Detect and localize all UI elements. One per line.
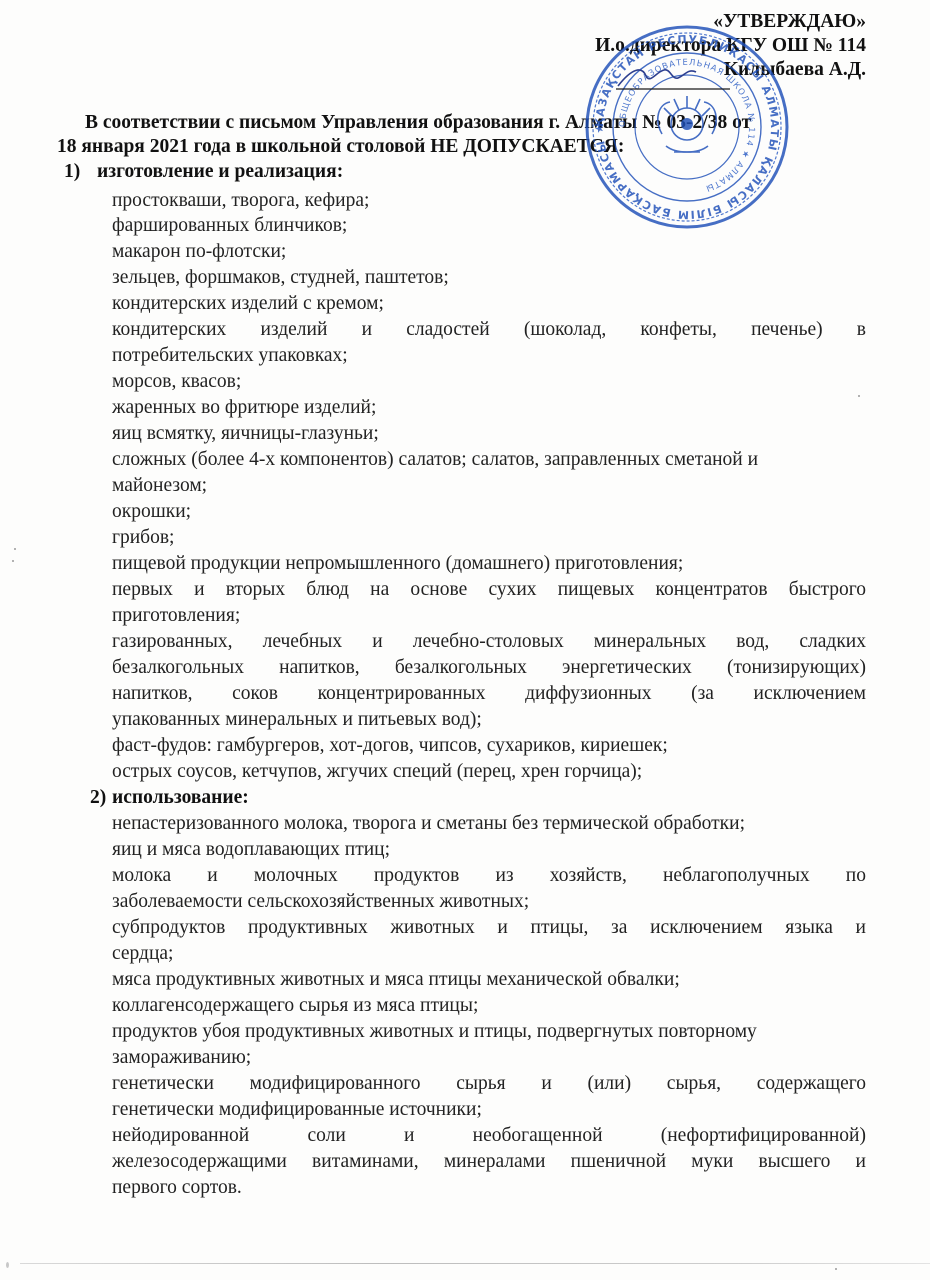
list-item: морсов, квасов; <box>112 370 866 393</box>
scan-edge-line <box>20 1263 930 1264</box>
list-item: зельцев, форшмаков, студней, паштетов; <box>112 266 866 289</box>
section-number: 1) <box>64 160 97 184</box>
list-item: майонезом; <box>112 474 866 497</box>
approval-position: И.о.директора КГУ ОШ № 114 <box>595 34 866 58</box>
signature-icon <box>612 62 732 92</box>
scan-speck <box>6 1262 9 1268</box>
list-item: сердца; <box>112 942 866 965</box>
list-item: пищевой продукции непромышленного (домаш… <box>112 552 866 575</box>
list-item: нейодированной соли и необогащенной (неф… <box>112 1124 866 1147</box>
intro-line-2: 18 января 2021 года в школьной столовой … <box>57 135 867 159</box>
list-item: фаршированных блинчиков; <box>112 214 866 237</box>
list-item: острых соусов, кетчупов, жгучих специй (… <box>112 760 866 783</box>
scan-speck <box>14 548 16 550</box>
list-item: первого сортов. <box>112 1176 866 1199</box>
list-item: потребительских упаковках; <box>112 344 866 367</box>
list-item: мяса продуктивных животных и мяса птицы … <box>112 968 866 991</box>
list-item: яиц и мяса водоплавающих птиц; <box>112 838 866 861</box>
list-item: непастеризованного молока, творога и сме… <box>112 812 866 835</box>
list-item: коллагенсодержащего сырья из мяса птицы; <box>112 994 866 1017</box>
list-item: замораживанию; <box>112 1046 866 1069</box>
scan-speck <box>858 395 860 397</box>
list-item: окрошки; <box>112 500 866 523</box>
list-item: заболеваемости сельскохозяйственных живо… <box>112 890 866 913</box>
intro-line-1: В соответствии с письмом Управления обра… <box>57 111 867 135</box>
scanned-document-page: «УТВЕРЖДАЮ» И.о.директора КГУ ОШ № 114 К… <box>0 0 930 1280</box>
list-item: продуктов убоя продуктивных животных и п… <box>112 1020 866 1043</box>
scan-speck <box>747 925 750 928</box>
list-item: сложных (более 4-х компонентов) салатов;… <box>112 448 866 471</box>
list-item: первых и вторых блюд на основе сухих пищ… <box>112 578 866 601</box>
intro-paragraph: В соответствии с письмом Управления обра… <box>57 111 867 159</box>
scan-speck <box>12 560 14 562</box>
list-item: субпродуктов продуктивных животных и пти… <box>112 916 866 939</box>
approval-title: «УТВЕРЖДАЮ» <box>595 10 866 34</box>
list-item: генетически модифицированного сырья и (и… <box>112 1072 866 1095</box>
scan-speck <box>835 1268 837 1270</box>
list-item: кондитерских изделий с кремом; <box>112 292 866 315</box>
list-item: упакованных минеральных и питьевых вод); <box>112 708 866 731</box>
section-title: использование: <box>112 787 249 808</box>
section-number: 2) <box>90 786 112 810</box>
list-item: жаренных во фритюре изделий; <box>112 396 866 419</box>
list-item: приготовления; <box>112 604 866 627</box>
list-item: молока и молочных продуктов из хозяйств,… <box>112 864 866 887</box>
list-item: газированных, лечебных и лечебно-столовы… <box>112 630 866 653</box>
list-item: яиц всмятку, яичницы-глазуньи; <box>112 422 866 445</box>
section-1-heading: 1)изготовление и реализация: <box>64 160 343 184</box>
list-item: макарон по-флотски; <box>112 240 866 263</box>
list-item: простокваши, творога, кефира; <box>112 189 866 212</box>
list-item: напитков, соков концентрированных диффуз… <box>112 682 866 705</box>
list-item: генетически модифицированные источники; <box>112 1098 866 1121</box>
list-item: кондитерских изделий и сладостей (шокола… <box>112 318 866 341</box>
section-title: изготовление и реализация: <box>97 161 343 182</box>
list-item: железосодержащими витаминами, минералами… <box>112 1150 866 1173</box>
section-2-heading: 2)использование: <box>90 786 249 810</box>
list-item: безалкогольных напитков, безалкогольных … <box>112 656 866 679</box>
list-item: фаст-фудов: гамбургеров, хот-догов, чипс… <box>112 734 866 757</box>
list-item: грибов; <box>112 526 866 549</box>
